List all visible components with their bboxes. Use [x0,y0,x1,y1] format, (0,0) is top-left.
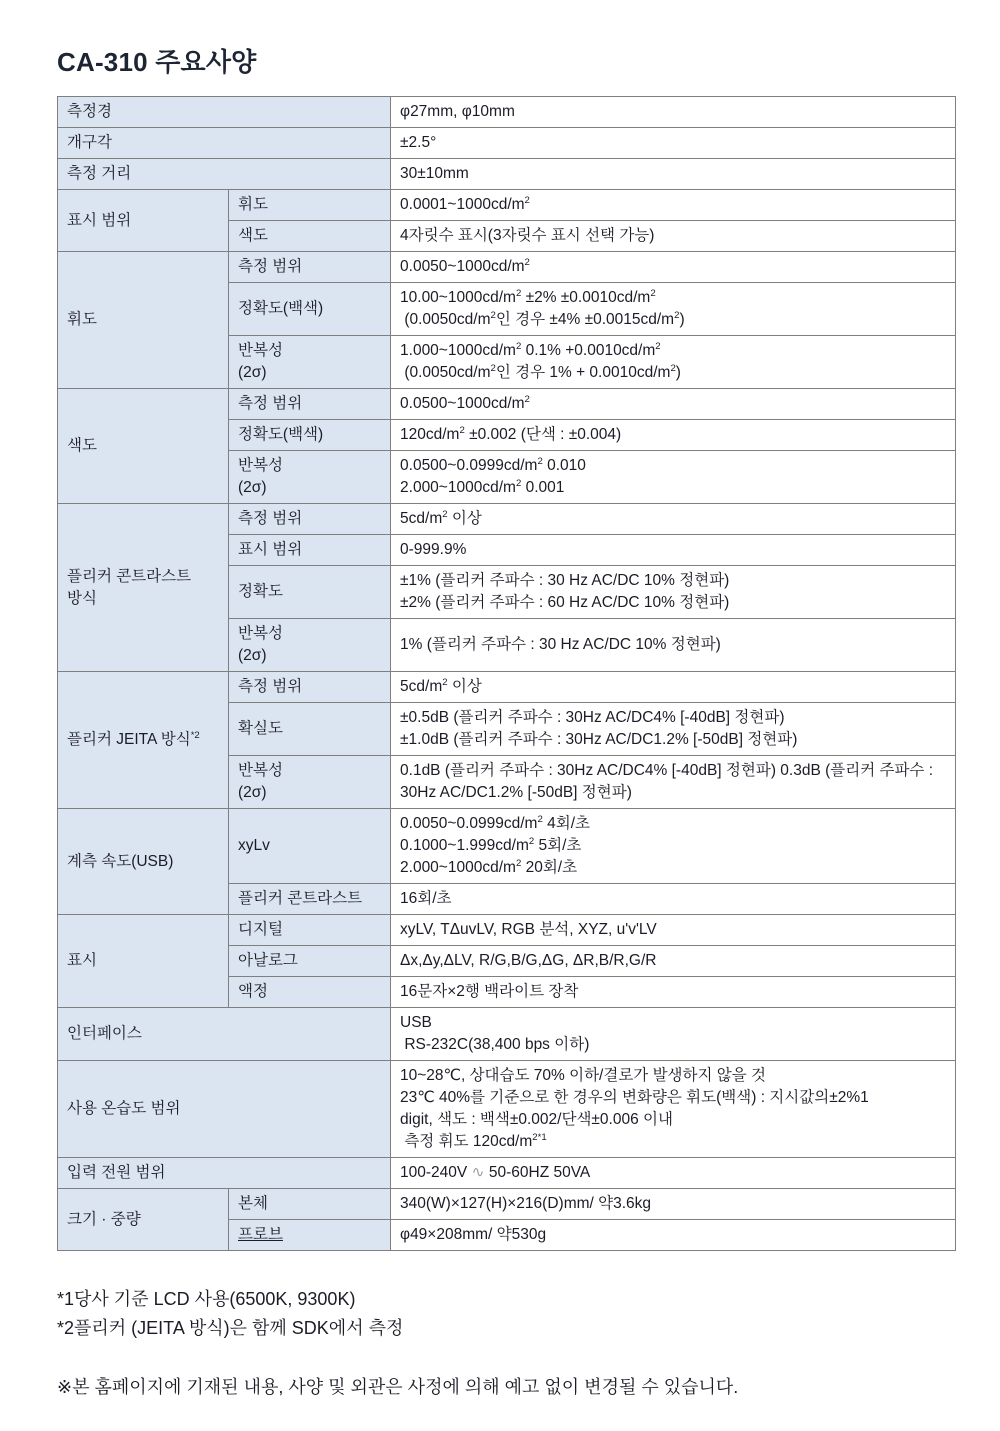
row-label: 휘도 [58,252,229,389]
row-value: φ27mm, φ10mm [391,97,956,128]
row-sublabel: 반복성(2σ) [229,756,391,809]
row-value: 10.00~1000cd/m2 ±2% ±0.0010cd/m2 (0.0050… [391,283,956,336]
table-row: 플리커 JEITA 방식*2 측정 범위 5cd/m2 이상 [58,672,956,703]
row-sublabel: 정확도(백색) [229,283,391,336]
row-label: 계측 속도(USB) [58,809,229,915]
row-label: 크기 · 중량 [58,1189,229,1251]
row-label: 인터페이스 [58,1008,391,1061]
row-value: Δx,Δy,ΔLV, R/G,B/G,ΔG, ΔR,B/R,G/R [391,946,956,977]
row-value: 0.0001~1000cd/m2 [391,190,956,221]
row-sublabel: 반복성(2σ) [229,451,391,504]
row-sublabel: 아날로그 [229,946,391,977]
row-sublabel: 반복성(2σ) [229,619,391,672]
table-row: 입력 전원 범위 100-240V ∿ 50-60HZ 50VA [58,1158,956,1189]
row-sublabel: 측정 범위 [229,252,391,283]
row-label: 플리커 JEITA 방식*2 [58,672,229,809]
row-value: 1% (플리커 주파수 : 30 Hz AC/DC 10% 정현파) [391,619,956,672]
row-sublabel: 플리커 콘트라스트 [229,884,391,915]
table-row: 크기 · 중량 본체 340(W)×127(H)×216(D)mm/ 약3.6k… [58,1189,956,1220]
row-label: 색도 [58,389,229,504]
row-sublabel: xyLv [229,809,391,884]
row-sublabel: 정확도(백색) [229,420,391,451]
table-row: 측정경 φ27mm, φ10mm [58,97,956,128]
table-row: 인터페이스 USB RS-232C(38,400 bps 이하) [58,1008,956,1061]
row-value: USB RS-232C(38,400 bps 이하) [391,1008,956,1061]
row-sublabel: 휘도 [229,190,391,221]
row-value: 30±10mm [391,159,956,190]
row-value: 4자릿수 표시(3자릿수 표시 선택 가능) [391,221,956,252]
row-value: 340(W)×127(H)×216(D)mm/ 약3.6kg [391,1189,956,1220]
row-value: 16회/초 [391,884,956,915]
row-value: 5cd/m2 이상 [391,504,956,535]
row-sublabel: 프로브 [229,1220,391,1251]
row-value: φ49×208mm/ 약530g [391,1220,956,1251]
table-row: 계측 속도(USB) xyLv 0.0050~0.0999cd/m2 4회/초0… [58,809,956,884]
row-sublabel: 확실도 [229,703,391,756]
row-label: 입력 전원 범위 [58,1158,391,1189]
page-title: CA-310 주요사양 [57,42,955,79]
row-value: 0-999.9% [391,535,956,566]
row-value: 16문자×2행 백라이트 장착 [391,977,956,1008]
table-row: 휘도 측정 범위 0.0050~1000cd/m2 [58,252,956,283]
row-value: ±2.5° [391,128,956,159]
spec-page: CA-310 주요사양 측정경 φ27mm, φ10mm 개구각 ±2.5° 측… [0,0,1000,1399]
row-value: 0.0500~0.0999cd/m2 0.0102.000~1000cd/m2 … [391,451,956,504]
table-row: 개구각 ±2.5° [58,128,956,159]
row-sublabel: 반복성(2σ) [229,336,391,389]
table-row: 측정 거리 30±10mm [58,159,956,190]
row-value: 100-240V ∿ 50-60HZ 50VA [391,1158,956,1189]
spec-table: 측정경 φ27mm, φ10mm 개구각 ±2.5° 측정 거리 30±10mm… [57,96,956,1251]
table-row: 표시 디지털 xyLV, TΔuvLV, RGB 분석, XYZ, u'v'LV [58,915,956,946]
row-label: 측정 거리 [58,159,391,190]
row-value: 120cd/m2 ±0.002 (단색 : ±0.004) [391,420,956,451]
row-value: 0.0050~0.0999cd/m2 4회/초0.1000~1.999cd/m2… [391,809,956,884]
row-value: 0.1dB (플리커 주파수 : 30Hz AC/DC4% [-40dB] 정현… [391,756,956,809]
footnote-2: *2플리커 (JEITA 방식)은 함께 SDK에서 측정 [57,1314,955,1343]
row-value: 1.000~1000cd/m2 0.1% +0.0010cd/m2 (0.005… [391,336,956,389]
table-row: 표시 범위 휘도 0.0001~1000cd/m2 [58,190,956,221]
row-label: 개구각 [58,128,391,159]
row-value: ±0.5dB (플리커 주파수 : 30Hz AC/DC4% [-40dB] 정… [391,703,956,756]
row-value: 0.0500~1000cd/m2 [391,389,956,420]
row-value: ±1% (플리커 주파수 : 30 Hz AC/DC 10% 정현파)±2% (… [391,566,956,619]
row-sublabel: 디지털 [229,915,391,946]
row-label: 플리커 콘트라스트 방식 [58,504,229,672]
table-row: 사용 온습도 범위 10~28℃, 상대습도 70% 이하/결로가 발생하지 않… [58,1061,956,1158]
row-value: xyLV, TΔuvLV, RGB 분석, XYZ, u'v'LV [391,915,956,946]
table-row: 플리커 콘트라스트 방식 측정 범위 5cd/m2 이상 [58,504,956,535]
row-value: 5cd/m2 이상 [391,672,956,703]
footnote-1: *1당사 기준 LCD 사용(6500K, 9300K) [57,1285,955,1314]
row-sublabel: 측정 범위 [229,504,391,535]
row-value: 10~28℃, 상대습도 70% 이하/결로가 발생하지 않을 것23℃ 40%… [391,1061,956,1158]
notice-text: ※본 홈페이지에 기재된 내용, 사양 및 외관은 사정에 의해 예고 없이 변… [57,1373,955,1399]
row-sublabel: 측정 범위 [229,672,391,703]
footnotes: *1당사 기준 LCD 사용(6500K, 9300K) *2플리커 (JEIT… [57,1285,955,1343]
row-label: 사용 온습도 범위 [58,1061,391,1158]
row-sublabel: 본체 [229,1189,391,1220]
table-row: 색도 측정 범위 0.0500~1000cd/m2 [58,389,956,420]
row-label: 표시 [58,915,229,1008]
row-sublabel: 측정 범위 [229,389,391,420]
row-sublabel: 색도 [229,221,391,252]
row-label: 표시 범위 [58,190,229,252]
row-label: 측정경 [58,97,391,128]
row-sublabel: 정확도 [229,566,391,619]
row-value: 0.0050~1000cd/m2 [391,252,956,283]
row-sublabel: 액정 [229,977,391,1008]
row-sublabel: 표시 범위 [229,535,391,566]
